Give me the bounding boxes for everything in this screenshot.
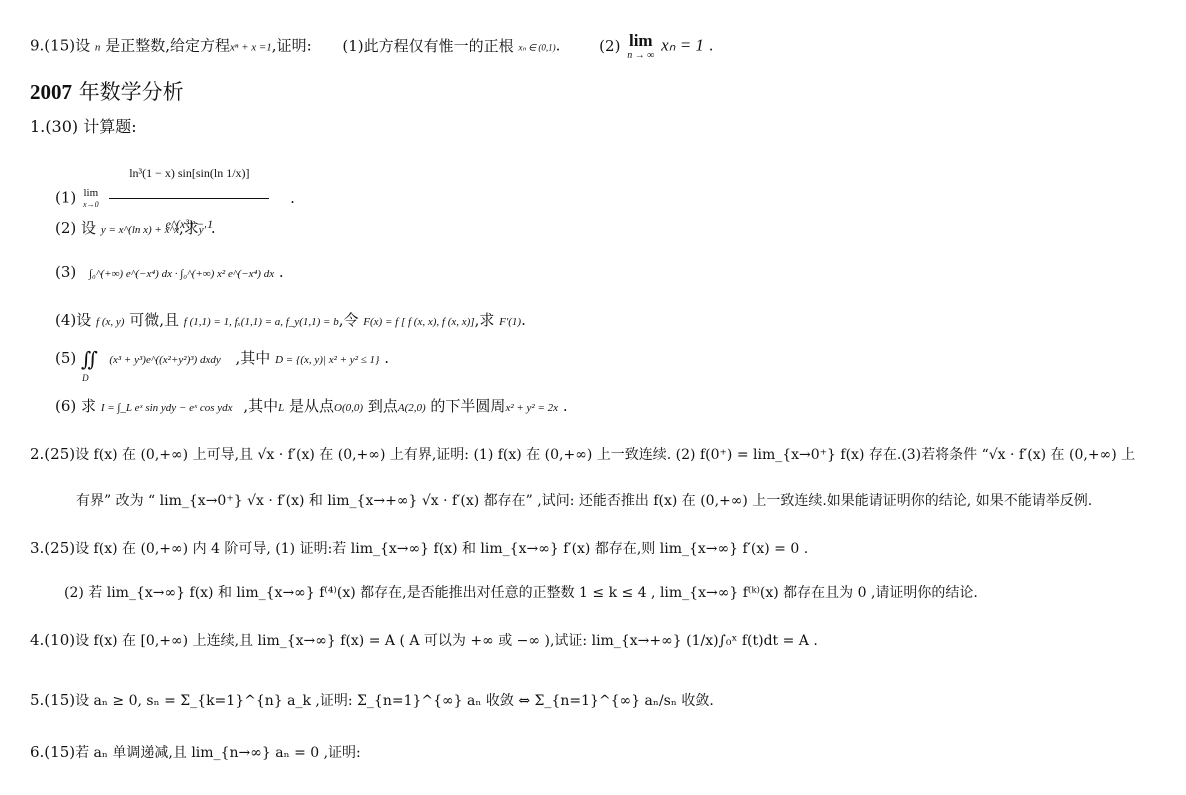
q9-number: 9.(15): [30, 37, 75, 55]
q1-part-4: (4)设 f (x, y) 可微,且 f (1,1) = 1, fₓ(1,1) …: [55, 310, 526, 332]
question-2-cont: 有界” 改为 “ lim_{x→0⁺} √x · f′(x) 和 lim_{x→…: [76, 490, 1092, 511]
question-3: 3.(25)设 f(x) 在 (0,+∞) 内 4 阶可导, (1) 证明:若 …: [30, 538, 808, 559]
q6-number: 6.(15): [30, 743, 75, 761]
question-3-cont: (2) 若 lim_{x→∞} f(x) 和 lim_{x→∞} f⁽⁴⁾(x)…: [64, 582, 978, 603]
question-1-header: 1.(30) 计算题:: [30, 117, 137, 137]
q5-number: 5.(15): [30, 691, 75, 709]
q2-number: 2.(25): [30, 445, 75, 463]
q1-part-2: (2) 设 y = x^(ln x) + x^x,求y′ .: [55, 218, 216, 240]
section-title: 2007 年数学分析: [30, 80, 184, 104]
question-9: 9.(15)设 n 是正整数,给定方程xⁿ + x =1,证明: (1)此方程仅…: [30, 32, 713, 61]
question-2: 2.(25)设 f(x) 在 (0,+∞) 上可导,且 √x · f′(x) 在…: [30, 444, 1135, 465]
limit: limn → ∞: [627, 32, 654, 61]
q4-number: 4.(10): [30, 631, 75, 649]
limit: limx→0: [83, 188, 99, 209]
q1-part-6: (6) 求 I = ∫_L eˣ sin ydy − eˣ cos ydx ,其…: [55, 396, 568, 418]
double-integral-icon: ∬: [81, 347, 98, 371]
q3-number: 3.(25): [30, 539, 75, 557]
q1-part-3: (3) ∫₀^(+∞) e^(−x⁴) dx · ∫₀^(+∞) x² e^(−…: [55, 262, 284, 284]
question-6: 6.(15)若 aₙ 单调递减,且 lim_{n→∞} aₙ = 0 ,证明:: [30, 742, 361, 763]
q1-part-5: (5) ∬D (x³ + y³)e^((x²+y²)³) dxdy ,其中 D …: [55, 348, 389, 370]
question-4: 4.(10)设 f(x) 在 [0,+∞) 上连续,且 lim_{x→∞} f(…: [30, 630, 818, 651]
question-5: 5.(15)设 aₙ ≥ 0, sₙ = Σ_{k=1}^{n} a_k ,证明…: [30, 690, 714, 711]
q9-equation: xⁿ + x =1: [230, 42, 272, 54]
